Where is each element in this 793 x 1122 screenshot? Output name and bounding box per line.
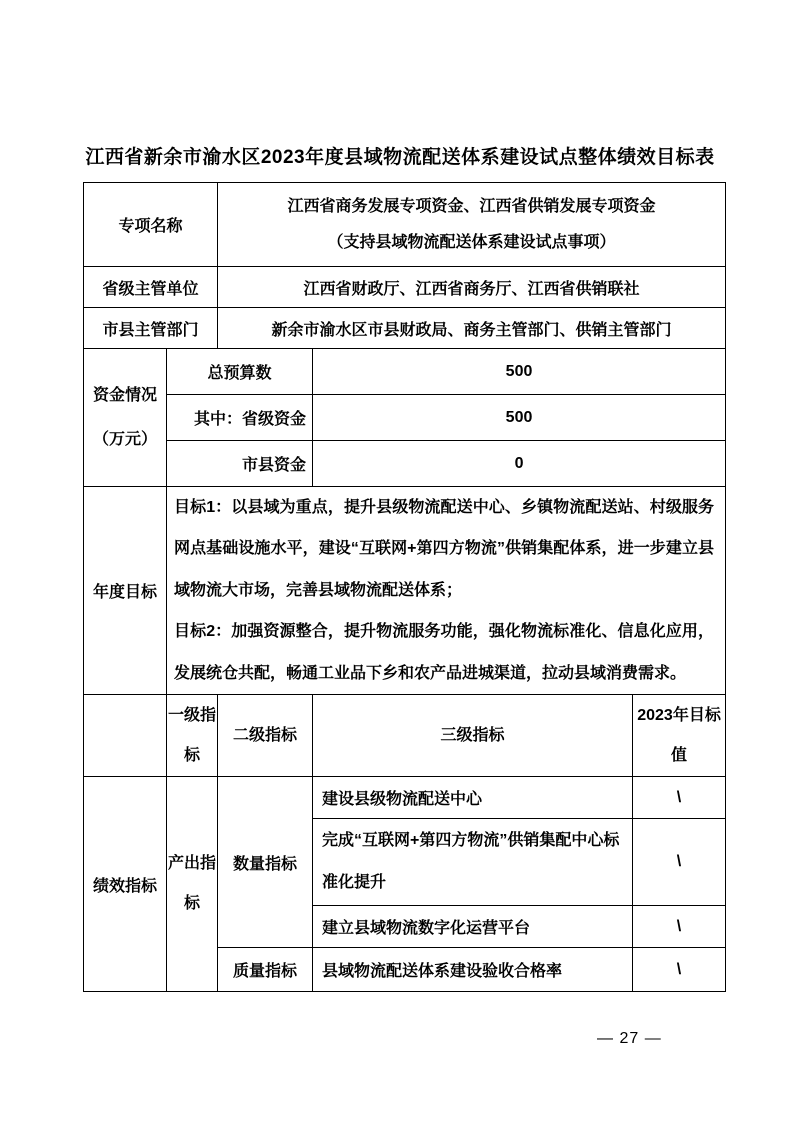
funding-label-line2: （万元） — [84, 418, 166, 462]
indicator-header-target: 2023年目标值 — [633, 695, 726, 777]
funding-provincial-name: 其中：省级资金 — [167, 395, 313, 441]
row-provincial-dept: 省级主管单位 江西省财政厅、江西省商务厅、江西省供销联社 — [84, 267, 726, 308]
project-name-line2: （支持县域物流配送体系建设试点事项） — [218, 225, 725, 261]
row-indicator-1: 绩效指标 产出指标 数量指标 建设县级物流配送中心 \ — [84, 777, 726, 819]
provincial-dept-label: 省级主管单位 — [84, 267, 218, 308]
indicator-cell: 建立县域物流数字化运营平台 — [313, 906, 633, 948]
indicator-cell: 县域物流配送体系建设验收合格率 — [313, 948, 633, 992]
county-dept-value: 新余市渝水区市县财政局、商务主管部门、供销主管部门 — [218, 308, 726, 349]
indicator-cell: 完成“互联网+第四方物流”供销集配中心标准化提升 — [313, 819, 633, 906]
performance-target-table: 专项名称 江西省商务发展专项资金、江西省供销发展专项资金 （支持县域物流配送体系… — [83, 182, 726, 992]
performance-level1-label: 产出指标 — [167, 777, 218, 992]
target-value-cell: \ — [633, 819, 726, 906]
target-value-cell: \ — [633, 906, 726, 948]
quantity-indicator-label: 数量指标 — [218, 777, 313, 948]
funding-total-value: 500 — [313, 349, 726, 395]
annual-goal-1: 目标1：以县域为重点，提升县级物流配送中心、乡镇物流配送站、村级服务网点基础设施… — [174, 487, 714, 611]
page-title: 江西省新余市渝水区2023年度县域物流配送体系建设试点整体绩效目标表 — [75, 145, 725, 171]
row-funding-county: 市县资金 0 — [84, 441, 726, 487]
funding-county-value: 0 — [313, 441, 726, 487]
row-funding-total: 资金情况 （万元） 总预算数 500 — [84, 349, 726, 395]
indicator-cell: 建设县级物流配送中心 — [313, 777, 633, 819]
annual-goal-2: 目标2：加强资源整合，提升物流服务功能，强化物流标准化、信息化应用，发展统仓共配… — [174, 611, 714, 694]
funding-label: 资金情况 （万元） — [84, 349, 167, 487]
target-value-cell: \ — [633, 777, 726, 819]
indicator-header-empty-cell — [84, 695, 167, 777]
funding-county-name: 市县资金 — [167, 441, 313, 487]
project-name-line1: 江西省商务发展专项资金、江西省供销发展专项资金 — [218, 189, 725, 225]
annual-goal-label: 年度目标 — [84, 487, 167, 695]
county-dept-label: 市县主管部门 — [84, 308, 218, 349]
row-county-dept: 市县主管部门 新余市渝水区市县财政局、商务主管部门、供销主管部门 — [84, 308, 726, 349]
document-page: 江西省新余市渝水区2023年度县域物流配送体系建设试点整体绩效目标表 专项名称 … — [0, 0, 793, 1122]
row-annual-goal: 年度目标 目标1：以县域为重点，提升县级物流配送中心、乡镇物流配送站、村级服务网… — [84, 487, 726, 695]
indicator-header-level1: 一级指标 — [167, 695, 218, 777]
provincial-dept-value: 江西省财政厅、江西省商务厅、江西省供销联社 — [218, 267, 726, 308]
annual-goal-content: 目标1：以县域为重点，提升县级物流配送中心、乡镇物流配送站、村级服务网点基础设施… — [167, 487, 726, 695]
project-name-value: 江西省商务发展专项资金、江西省供销发展专项资金 （支持县域物流配送体系建设试点事… — [218, 183, 726, 267]
indicator-header-level2: 二级指标 — [218, 695, 313, 777]
funding-total-name: 总预算数 — [167, 349, 313, 395]
row-funding-provincial: 其中：省级资金 500 — [84, 395, 726, 441]
quality-indicator-label: 质量指标 — [218, 948, 313, 992]
performance-label: 绩效指标 — [84, 777, 167, 992]
row-project-name: 专项名称 江西省商务发展专项资金、江西省供销发展专项资金 （支持县域物流配送体系… — [84, 183, 726, 267]
target-value-cell: \ — [633, 948, 726, 992]
row-indicator-header: 一级指标 二级指标 三级指标 2023年目标值 — [84, 695, 726, 777]
funding-label-line1: 资金情况 — [84, 374, 166, 418]
indicator-header-level3: 三级指标 — [313, 695, 633, 777]
funding-provincial-value: 500 — [313, 395, 726, 441]
project-name-label: 专项名称 — [84, 183, 218, 267]
page-number: — 27 — — [597, 1030, 662, 1048]
